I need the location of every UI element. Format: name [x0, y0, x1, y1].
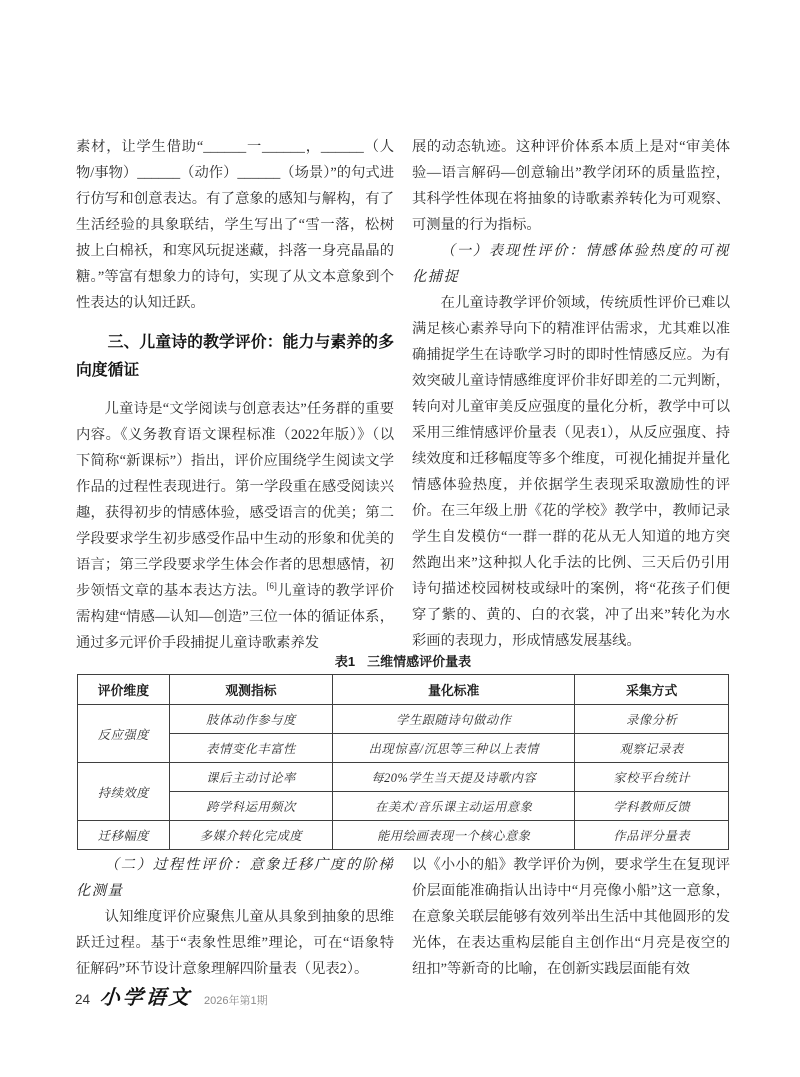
table-caption: 表1三维情感评价量表: [77, 651, 729, 670]
right-column-top: 展的动态轨迹。这种评价体系本质上是对“审美体验—语言解码—创意输出”教学闭环的质…: [412, 134, 730, 658]
cell-standard: 学生跟随诗句做动作: [333, 705, 575, 734]
subsection-heading: （二）过程性评价：意象迁移广度的阶梯化测量: [76, 852, 394, 904]
cell-method: 观察记录表: [575, 734, 729, 763]
table-label: 表1: [335, 654, 355, 669]
reference-marker: [6]: [266, 581, 277, 591]
header-cell-dimension: 评价维度: [78, 675, 170, 705]
section-heading: 三、儿童诗的教学评价：能力与素养的多向度循证: [76, 329, 394, 385]
paragraph: 认知维度评价应聚焦儿童从具象到抽象的思维跃迁过程。基于“表象性思维”理论，可在“…: [76, 904, 394, 978]
page-footer: 24 小学语文 2026年第1期: [75, 981, 475, 1010]
header-cell-standard: 量化标准: [333, 675, 575, 705]
cell-standard: 出现惊喜/沉思等三种以上表情: [333, 734, 575, 763]
paragraph-continued: 以《小小的船》教学评价为例，要求学生在复现评价层面能准确指认出诗中“月亮像小船”…: [412, 852, 730, 978]
emotion-evaluation-table: 评价维度 观测指标 量化标准 采集方式 反应强度 肢体动作参与度 学生跟随诗句做…: [77, 674, 729, 850]
paragraph: 在儿童诗教学评价领域，传统质性评价已难以满足核心素养导向下的精准评估需求，尤其难…: [412, 290, 730, 654]
issue-info: 2026年第1期: [204, 992, 268, 1008]
cell-method: 学科教师反馈: [575, 792, 729, 821]
subsection-heading: （一）表现性评价：情感体验热度的可视化捕捉: [412, 238, 730, 290]
cell-indicator: 肢体动作参与度: [169, 705, 332, 734]
cell-dimension: 持续效度: [78, 763, 170, 821]
journal-page: { "colors": { "text": "#2b2b2b", "table_…: [0, 0, 800, 1077]
table-header-row: 评价维度 观测指标 量化标准 采集方式: [78, 675, 729, 705]
header-cell-indicator: 观测指标: [169, 675, 332, 705]
cell-indicator: 课后主动讨论率: [169, 763, 332, 792]
left-column-top: 素材，让学生借助“______一______，______（人物/事物）____…: [76, 134, 394, 654]
right-column-bottom: 以《小小的船》教学评价为例，要求学生在复现评价层面能准确指认出诗中“月亮像小船”…: [412, 852, 730, 978]
table-row: 持续效度 课后主动讨论率 每20%学生当天提及诗歌内容 家校平台统计: [78, 763, 729, 792]
table-row: 跨学科运用频次 在美术/音乐课主动运用意象 学科教师反馈: [78, 792, 729, 821]
paragraph-continued: 素材，让学生借助“______一______，______（人物/事物）____…: [76, 134, 394, 316]
cell-indicator: 多媒介转化完成度: [169, 821, 332, 850]
journal-logo: 小学语文: [99, 981, 193, 1010]
table-row: 迁移幅度 多媒介转化完成度 能用绘画表现一个核心意象 作品评分量表: [78, 821, 729, 850]
paragraph-text: 儿童诗是“文学阅读与创意表达”任务群的重要内容。《义务教育语文课程标准（2022…: [76, 401, 394, 599]
cell-method: 录像分析: [575, 705, 729, 734]
cell-method: 作品评分量表: [575, 821, 729, 850]
table-title: 三维情感评价量表: [367, 654, 471, 669]
left-column-bottom: （二）过程性评价：意象迁移广度的阶梯化测量 认知维度评价应聚焦儿童从具象到抽象的…: [76, 852, 394, 978]
cell-dimension: 迁移幅度: [78, 821, 170, 850]
cell-method: 家校平台统计: [575, 763, 729, 792]
paragraph: 儿童诗是“文学阅读与创意表达”任务群的重要内容。《义务教育语文课程标准（2022…: [76, 396, 394, 654]
table-row: 反应强度 肢体动作参与度 学生跟随诗句做动作 录像分析: [78, 705, 729, 734]
cell-dimension: 反应强度: [78, 705, 170, 763]
cell-standard: 每20%学生当天提及诗歌内容: [333, 763, 575, 792]
cell-standard: 在美术/音乐课主动运用意象: [333, 792, 575, 821]
header-cell-method: 采集方式: [575, 675, 729, 705]
paragraph-continued: 展的动态轨迹。这种评价体系本质上是对“审美体验—语言解码—创意输出”教学闭环的质…: [412, 134, 730, 238]
cell-standard: 能用绘画表现一个核心意象: [333, 821, 575, 850]
cell-indicator: 跨学科运用频次: [169, 792, 332, 821]
page-number: 24: [75, 992, 90, 1007]
table-row: 表情变化丰富性 出现惊喜/沉思等三种以上表情 观察记录表: [78, 734, 729, 763]
cell-indicator: 表情变化丰富性: [169, 734, 332, 763]
